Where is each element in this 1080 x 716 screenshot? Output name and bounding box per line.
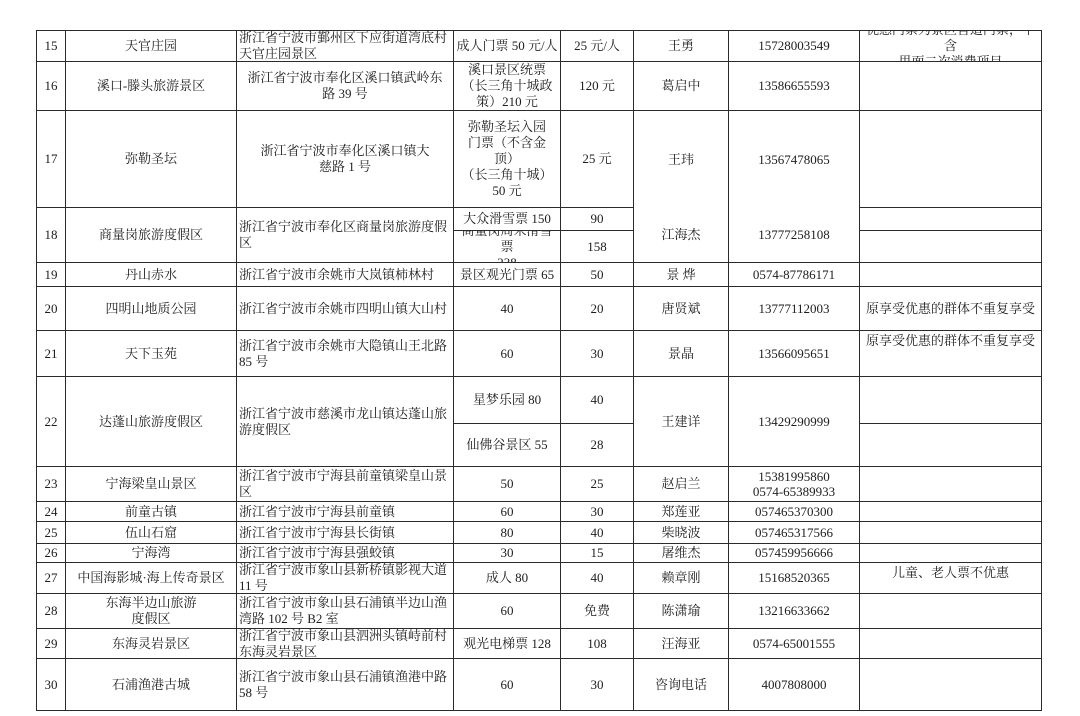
table-row-20: 20 四明山地质公园 浙江省宁波市余姚市四明山镇大山村 40 20 唐贤斌 13…	[37, 287, 1041, 331]
scenic-name-cell: 中国海影城·海上传奇景区	[66, 563, 237, 594]
ticket-cell: 成人门票 50 元/人	[454, 31, 561, 62]
phone-cell: 4007808000	[729, 659, 860, 710]
note-cell	[860, 522, 1041, 544]
scenic-name-cell: 弥勒圣坛	[66, 111, 237, 208]
discount-cell: 108	[561, 629, 634, 659]
contact-cell: 王玮	[634, 111, 729, 208]
phone-cell: 057465370300	[729, 502, 860, 522]
contact-cell: 屠维杰	[634, 544, 729, 563]
scenic-name-cell: 前童古镇	[66, 502, 237, 522]
serial-cell: 25	[37, 522, 66, 544]
note-cell	[860, 111, 1041, 208]
serial-cell: 30	[37, 659, 66, 710]
discount-cell: 25 元	[561, 111, 634, 208]
serial-cell: 24	[37, 502, 66, 522]
ticket-cell: 星梦乐园 80	[454, 377, 561, 424]
scenic-name-cell: 天官庄园	[66, 31, 237, 62]
document-page: 15 天官庄园 浙江省宁波市鄞州区下应街道湾底村天官庄园景区 成人门票 50 元…	[0, 0, 1080, 716]
discount-cell: 158	[561, 231, 634, 263]
contact-cell: 咨询电话	[634, 659, 729, 710]
ticket-cell: 商量岗周末滑雪票 238	[454, 231, 561, 263]
address-cell: 浙江省宁波市象山县新桥镇影视大道 11 号	[237, 563, 454, 594]
serial-cell: 21	[37, 331, 66, 377]
scenic-name-cell: 宁海梁皇山景区	[66, 467, 237, 502]
table-row-23: 23 宁海梁皇山景区 浙江省宁波市宁海县前童镇梁皇山景区 50 25 赵启兰 1…	[37, 467, 1041, 502]
phone-cell: 15728003549	[729, 31, 860, 62]
address-cell: 浙江省宁波市余姚市大隐镇山王北路 85 号	[237, 331, 454, 377]
contact-cell: 景晶	[634, 331, 729, 377]
scenic-name-cell: 天下玉苑	[66, 331, 237, 377]
discount-cell: 40	[561, 522, 634, 544]
table-row-22: 22 达蓬山旅游度假区 浙江省宁波市慈溪市龙山镇达蓬山旅游度假区 星梦乐园 80…	[37, 377, 1041, 467]
ticket-cell: 溪口景区统票 （长三角十城政 策）210 元	[454, 62, 561, 111]
note-cell	[860, 502, 1041, 522]
discount-cell: 50	[561, 263, 634, 287]
phone-cell: 057459956666	[729, 544, 860, 563]
discount-cell: 25	[561, 467, 634, 502]
contact-cell: 唐贤斌	[634, 287, 729, 331]
contact-cell: 郑莲亚	[634, 502, 729, 522]
note-cell: 优惠门票为景区首道门票，不含 里面二次消费项目	[860, 31, 1041, 62]
contact-cell: 王勇	[634, 31, 729, 62]
ticket-cell: 大众滑雪票 150	[454, 208, 561, 231]
address-cell: 浙江省宁波市余姚市四明山镇大山村	[237, 287, 454, 331]
address-cell: 浙江省宁波市余姚市大岚镇柿林村	[237, 263, 454, 287]
address-cell: 浙江省宁波市象山县石浦镇渔港中路 58 号	[237, 659, 454, 710]
note-cell: 原享受优惠的群体不重复享受	[860, 287, 1041, 331]
address-cell: 浙江省宁波市奉化区商量岗旅游度假区	[237, 208, 454, 263]
scenic-name-cell: 达蓬山旅游度假区	[66, 377, 237, 467]
scenic-name-cell: 东海半边山旅游 度假区	[66, 594, 237, 629]
serial-cell: 18	[37, 208, 66, 263]
address-cell: 浙江省宁波市宁海县前童镇梁皇山景区	[237, 467, 454, 502]
address-cell: 浙江省宁波市奉化区溪口镇武岭东 路 39 号	[237, 62, 454, 111]
phone-cell: 0574-87786171	[729, 263, 860, 287]
table-row-24: 24 前童古镇 浙江省宁波市宁海县前童镇 60 30 郑莲亚 057465370…	[37, 502, 1041, 522]
discount-cell: 20	[561, 287, 634, 331]
serial-cell: 28	[37, 594, 66, 629]
note-cell	[860, 208, 1041, 231]
contact-cell: 葛启中	[634, 62, 729, 111]
discount-cell: 40	[561, 563, 634, 594]
table-row-19: 19 丹山赤水 浙江省宁波市余姚市大岚镇柿林村 景区观光门票 65 50 景 烨…	[37, 263, 1041, 287]
note-cell	[860, 62, 1041, 111]
contact-cell: 王建详	[634, 377, 729, 467]
contact-cell: 赵启兰	[634, 467, 729, 502]
note-cell	[860, 467, 1041, 502]
discount-cell: 40	[561, 377, 634, 424]
table-row-16: 16 溪口-滕头旅游景区 浙江省宁波市奉化区溪口镇武岭东 路 39 号 溪口景区…	[37, 62, 1041, 111]
serial-cell: 17	[37, 111, 66, 208]
discount-cell: 30	[561, 502, 634, 522]
scenic-name-cell: 商量岗旅游度假区	[66, 208, 237, 263]
ticket-cell: 60	[454, 331, 561, 377]
contact-cell: 江海杰	[634, 208, 729, 263]
note-cell	[860, 544, 1041, 563]
discount-cell: 30	[561, 659, 634, 710]
serial-cell: 22	[37, 377, 66, 467]
note-cell	[860, 659, 1041, 710]
phone-cell: 0574-65001555	[729, 629, 860, 659]
note-cell	[860, 377, 1041, 424]
ticket-cell: 30	[454, 544, 561, 563]
discount-cell: 30	[561, 331, 634, 377]
scenic-name-cell: 四明山地质公园	[66, 287, 237, 331]
phone-cell: 13777112003	[729, 287, 860, 331]
contact-cell: 陈潇瑜	[634, 594, 729, 629]
address-cell: 浙江省宁波市宁海县前童镇	[237, 502, 454, 522]
address-cell: 浙江省宁波市宁海县强蛟镇	[237, 544, 454, 563]
phone-cell: 057465317566	[729, 522, 860, 544]
scenic-name-cell: 溪口-滕头旅游景区	[66, 62, 237, 111]
phone-cell: 13567478065	[729, 111, 860, 208]
ticket-cell: 成人 80	[454, 563, 561, 594]
scenic-name-cell: 宁海湾	[66, 544, 237, 563]
table-row-29: 29 东海灵岩景区 浙江省宁波市象山县泗洲头镇峙前村东海灵岩景区 观光电梯票 1…	[37, 629, 1041, 659]
table-row-15: 15 天官庄园 浙江省宁波市鄞州区下应街道湾底村天官庄园景区 成人门票 50 元…	[37, 31, 1041, 62]
discount-cell: 28	[561, 424, 634, 467]
ticket-cell: 80	[454, 522, 561, 544]
phone-cell: 13216633662	[729, 594, 860, 629]
phone-cell: 13429290999	[729, 377, 860, 467]
address-cell: 浙江省宁波市象山县石浦镇半边山渔湾路 102 号 B2 室	[237, 594, 454, 629]
phone-cell: 13586655593	[729, 62, 860, 111]
ticket-cell: 仙佛谷景区 55	[454, 424, 561, 467]
table-row-26: 26 宁海湾 浙江省宁波市宁海县强蛟镇 30 15 屠维杰 0574599566…	[37, 544, 1041, 563]
phone-cell: 15168520365	[729, 563, 860, 594]
note-cell	[860, 629, 1041, 659]
address-cell: 浙江省宁波市奉化区溪口镇大 慈路 1 号	[237, 111, 454, 208]
table-row-30: 30 石浦渔港古城 浙江省宁波市象山县石浦镇渔港中路 58 号 60 30 咨询…	[37, 659, 1041, 710]
serial-cell: 20	[37, 287, 66, 331]
scenic-name-cell: 石浦渔港古城	[66, 659, 237, 710]
contact-cell: 汪海亚	[634, 629, 729, 659]
contact-cell: 景 烨	[634, 263, 729, 287]
note-cell	[860, 231, 1041, 263]
serial-cell: 19	[37, 263, 66, 287]
table-row-28: 28 东海半边山旅游 度假区 浙江省宁波市象山县石浦镇半边山渔湾路 102 号 …	[37, 594, 1041, 629]
ticket-cell: 60	[454, 659, 561, 710]
ticket-cell: 50	[454, 467, 561, 502]
discount-cell: 15	[561, 544, 634, 563]
phone-cell: 15381995860 0574-65389933	[729, 467, 860, 502]
note-cell: 儿童、老人票不优惠	[860, 563, 1041, 594]
scenic-name-cell: 伍山石窟	[66, 522, 237, 544]
ticket-cell: 弥勒圣坛入园 门票（不含金 顶） （长三角十城） 50 元	[454, 111, 561, 208]
serial-cell: 16	[37, 62, 66, 111]
note-cell	[860, 424, 1041, 467]
ticket-cell: 景区观光门票 65	[454, 263, 561, 287]
note-cell	[860, 263, 1041, 287]
serial-cell: 15	[37, 31, 66, 62]
note-cell: 原享受优惠的群体不重复享受	[860, 331, 1041, 377]
table-row-25: 25 伍山石窟 浙江省宁波市宁海县长街镇 80 40 柴晓波 057465317…	[37, 522, 1041, 544]
contact-cell: 柴晓波	[634, 522, 729, 544]
address-cell: 浙江省宁波市慈溪市龙山镇达蓬山旅游度假区	[237, 377, 454, 467]
discount-cell: 免费	[561, 594, 634, 629]
discount-cell: 120 元	[561, 62, 634, 111]
ticket-cell: 60	[454, 502, 561, 522]
table-row-21: 21 天下玉苑 浙江省宁波市余姚市大隐镇山王北路 85 号 60 30 景晶 1…	[37, 331, 1041, 377]
table-row-17-18: 17 18 弥勒圣坛 商量岗旅游度假区 浙江省宁波市奉化区溪口镇大 慈路 1 号…	[37, 111, 1041, 263]
address-cell: 浙江省宁波市象山县泗洲头镇峙前村东海灵岩景区	[237, 629, 454, 659]
note-cell	[860, 594, 1041, 629]
scenic-name-cell: 东海灵岩景区	[66, 629, 237, 659]
phone-cell: 13566095651	[729, 331, 860, 377]
ticket-cell: 40	[454, 287, 561, 331]
scenic-spots-ticket-table: 15 天官庄园 浙江省宁波市鄞州区下应街道湾底村天官庄园景区 成人门票 50 元…	[36, 30, 1042, 711]
discount-cell: 25 元/人	[561, 31, 634, 62]
serial-cell: 23	[37, 467, 66, 502]
serial-cell: 29	[37, 629, 66, 659]
table-row-27: 27 中国海影城·海上传奇景区 浙江省宁波市象山县新桥镇影视大道 11 号 成人…	[37, 563, 1041, 594]
ticket-cell: 60	[454, 594, 561, 629]
phone-cell: 13777258108	[729, 208, 860, 263]
contact-cell: 赖章刚	[634, 563, 729, 594]
discount-cell: 90	[561, 208, 634, 231]
scenic-name-cell: 丹山赤水	[66, 263, 237, 287]
serial-cell: 27	[37, 563, 66, 594]
address-cell: 浙江省宁波市宁海县长街镇	[237, 522, 454, 544]
serial-cell: 26	[37, 544, 66, 563]
address-cell: 浙江省宁波市鄞州区下应街道湾底村天官庄园景区	[237, 31, 454, 62]
ticket-cell: 观光电梯票 128	[454, 629, 561, 659]
